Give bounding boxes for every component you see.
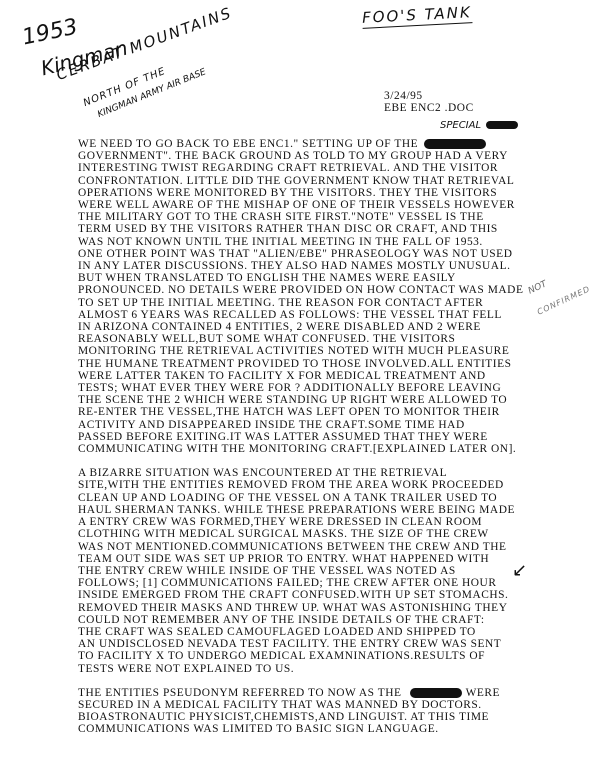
handwritten-area: Cerbat Mountains [54, 3, 235, 84]
text-line: HAUL SHERMAN TANKS. WHILE THESE PREPARAT… [78, 504, 548, 516]
text-line: OPERATIONS WERE MONITORED BY THE VISITOR… [78, 187, 548, 199]
text-line: SECURED IN A MEDICAL FACILITY THAT WAS M… [78, 699, 548, 711]
text-line: A BIZARRE SITUATION WAS ENCOUNTERED AT T… [78, 467, 548, 479]
text-line: ACTIVITY AND DISAPPEARED INSIDE THE CRAF… [78, 419, 548, 431]
text-line: A ENTRY CREW WAS FORMED,THEY WERE DRESSE… [78, 516, 548, 528]
text-line: AN UNDISCLOSED NEVADA TEST FACILITY. THE… [78, 638, 548, 650]
text-line: TO FACILITY X TO UNDERGO MEDICAL EXAMNIN… [78, 650, 548, 662]
text-line: TESTS; WHAT EVER THEY WERE FOR ? ADDITIO… [78, 382, 548, 394]
text-line: CLOTHING WITH MEDICAL SURGICAL MASKS. TH… [78, 528, 548, 540]
redaction-mark [410, 688, 462, 698]
text-after-redaction: WERE [466, 687, 500, 699]
text-line: INSIDE EMERGED FROM THE CRAFT CONFUSED.W… [78, 589, 548, 601]
text-line: INTERESTING TWIST REGARDING CRAFT RETRIE… [78, 162, 548, 174]
text-line: SITE,WITH THE ENTITIES REMOVED FROM THE … [78, 479, 548, 491]
text-line: PASSED BEFORE EXITING.IT WAS LATTER ASSU… [78, 431, 548, 443]
paragraph-1: WE NEED TO GO BACK TO EBE ENC1." SETTING… [78, 138, 548, 455]
text-line: FOLLOWS; [1] COMMUNICATIONS FAILED; THE … [78, 577, 548, 589]
text-line: THE MILITARY GOT TO THE CRASH SITE FIRST… [78, 211, 548, 223]
text-line: ONE OTHER POINT WAS THAT "ALIEN/EBE" PHR… [78, 248, 548, 260]
redaction-mark [486, 121, 518, 129]
document-header: 3/24/95 EBE ENC2 .DOC [384, 90, 474, 114]
text-line: COMMUNICATIONS WAS LIMITED TO BASIC SIGN… [78, 723, 548, 735]
text-line: IN ANY LATER DISCUSSIONS. THEY ALSO HAD … [78, 260, 548, 272]
text-line: RE-ENTER THE VESSEL,THE HATCH WAS LEFT O… [78, 406, 548, 418]
text-line: WERE WELL AWARE OF THE MISHAP OF ONE OF … [78, 199, 548, 211]
text-line: BIOASTRONAUTIC PHYSICIST,CHEMISTS,AND LI… [78, 711, 548, 723]
handwritten-title-text: Foo's Tank [362, 3, 473, 29]
text-line: COMMUNICATING WITH THE MONITORING CRAFT.… [78, 443, 548, 455]
handwritten-special-text: Special [440, 120, 481, 131]
document-date: 3/24/95 [384, 90, 474, 102]
text-line: TEAM OUT SIDE WAS SET UP PRIOR TO ENTRY.… [78, 553, 548, 565]
text-line: THE CRAFT WAS SEALED CAMOUFLAGED LOADED … [78, 626, 548, 638]
text-line: TO SET UP THE INITIAL MEETING. THE REASO… [78, 297, 548, 309]
document-filename: EBE ENC2 .DOC [384, 102, 474, 114]
handwritten-year: 1953 [20, 14, 80, 50]
text-line: THE ENTITIES PSEUDONYM REFERRED TO NOW A… [78, 687, 548, 699]
text-line: REASONABLY WELL,BUT SOME WHAT CONFUSED. … [78, 333, 548, 345]
text-line: WE NEED TO GO BACK TO EBE ENC1." SETTING… [78, 138, 548, 150]
text-line: ALMOST 6 YEARS WAS RECALLED AS FOLLOWS: … [78, 309, 548, 321]
text-line: TESTS WERE NOT EXPLAINED TO US. [78, 663, 548, 675]
text-line: THE SCENE THE 2 WHICH WERE STANDING UP R… [78, 394, 548, 406]
text-line: COULD NOT REMEMBER ANY OF THE INSIDE DET… [78, 614, 548, 626]
text-line: BUT WHEN TRANSLATED TO ENGLISH THE NAMES… [78, 272, 548, 284]
text-line: REMOVED THEIR MASKS AND THREW UP. WHAT W… [78, 602, 548, 614]
text-line: WAS NOT KNOWN UNTIL THE INITIAL MEETING … [78, 236, 548, 248]
paragraph-3: THE ENTITIES PSEUDONYM REFERRED TO NOW A… [78, 687, 548, 736]
text-line: PRONOUNCED. NO DETAILS WERE PROVIDED ON … [78, 284, 548, 296]
text-line: TERM USED BY THE VISITORS RATHER THAN DI… [78, 223, 548, 235]
paragraph-2: A BIZARRE SITUATION WAS ENCOUNTERED AT T… [78, 467, 548, 674]
text-line: IN ARIZONA CONTAINED 4 ENTITIES, 2 WERE … [78, 321, 548, 333]
handwritten-title: Foo's Tank [362, 3, 473, 27]
text-line: THE HUMANE TREATMENT PROVIDED TO THOSE I… [78, 358, 548, 370]
text-line: WAS NOT MENTIONED.COMMUNICATIONS BETWEEN… [78, 541, 548, 553]
text-line: MONITORING THE RETRIEVAL ACTIVITIES NOTE… [78, 345, 548, 357]
text-line: GOVERNMENT". THE BACK GROUND AS TOLD TO … [78, 150, 548, 162]
redaction-mark [424, 139, 486, 149]
text-line: CONFRONTATION. LITTLE DID THE GOVERNMENT… [78, 175, 548, 187]
document-body: WE NEED TO GO BACK TO EBE ENC1." SETTING… [78, 138, 548, 748]
text-line: WERE LATTER TAKEN TO FACILITY X FOR MEDI… [78, 370, 548, 382]
handwritten-special: Special [440, 120, 518, 131]
text-line: THE ENTRY CREW WHILE INSIDE OF THE VESSE… [78, 565, 548, 577]
text-line: CLEAN UP AND LOADING OF THE VESSEL ON A … [78, 492, 548, 504]
